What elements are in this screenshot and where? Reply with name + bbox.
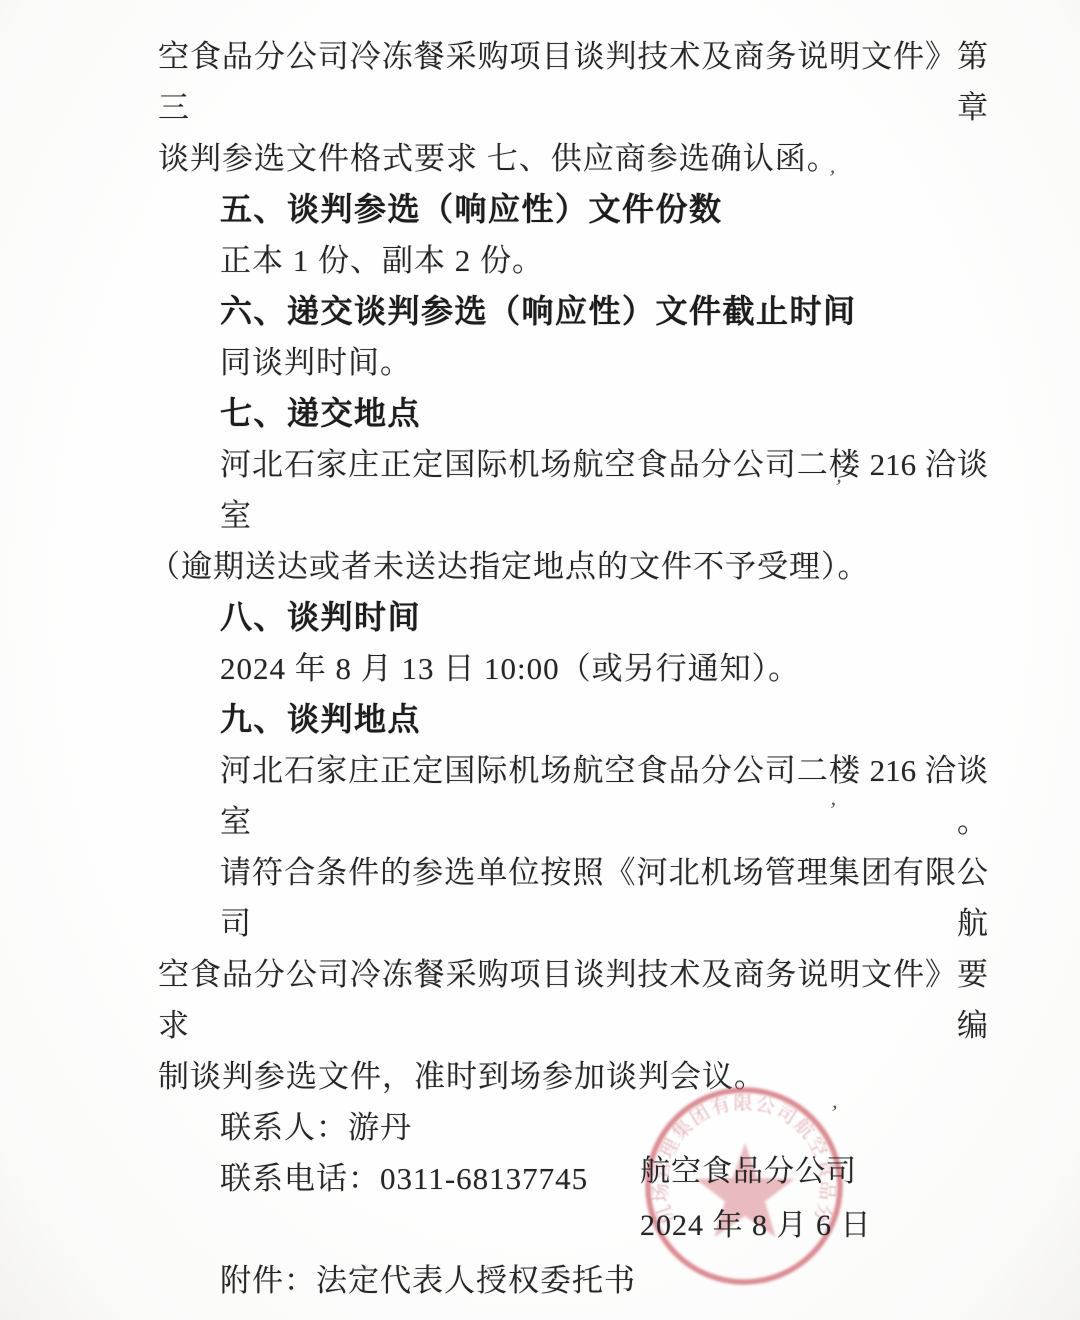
signature-company: 航空食品分公司 — [640, 1152, 872, 1192]
text-line: 附件：法定代表人授权委托书 — [158, 1255, 988, 1306]
section-heading: 八、谈判时间 — [158, 592, 988, 643]
section-heading: 九、谈判地点 — [158, 694, 988, 745]
section-heading: 六、递交谈判参选（响应性）文件截止时间 — [158, 286, 988, 337]
text-line: 制谈判参选文件，准时到场参加谈判会议。 — [158, 1051, 988, 1102]
text-line: 同谈判时间。 — [158, 337, 988, 388]
text-line: 正本 1 份、副本 2 份。 — [158, 235, 988, 286]
document-page: 空食品分公司冷冻餐采购项目谈判技术及商务说明文件》第三章谈判参选文件格式要求 七… — [0, 0, 1080, 1320]
text-line: 2024 年 8 月 13 日 10:00（或另行通知）。 — [158, 643, 988, 694]
text-line: 空食品分公司冷冻餐采购项目谈判技术及商务说明文件》要求编 — [158, 949, 988, 1051]
text-line: 空食品分公司冷冻餐采购项目谈判技术及商务说明文件》第三章 — [158, 31, 988, 133]
text-line: （逾期送达或者未送达指定地点的文件不予受理）。 — [149, 541, 988, 592]
document-lines: 空食品分公司冷冻餐采购项目谈判技术及商务说明文件》第三章谈判参选文件格式要求 七… — [158, 31, 988, 1306]
text-line: 请符合条件的参选单位按照《河北机场管理集团有限公司航 — [158, 847, 988, 949]
text-line: 谈判参选文件格式要求 七、供应商参选确认函。 — [158, 133, 988, 184]
text-line: 联系人：游丹 — [158, 1102, 988, 1153]
signature-date: 2024 年 8 月 6 日 — [640, 1206, 872, 1246]
text-line: 河北石家庄正定国际机场航空食品分公司二楼 216 洽谈室。 — [158, 745, 988, 847]
section-heading: 七、递交地点 — [158, 388, 988, 439]
section-heading: 五、谈判参选（响应性）文件份数 — [158, 184, 988, 235]
signature-block: 航空食品分公司 2024 年 8 月 6 日 — [640, 1152, 872, 1246]
text-line: 河北石家庄正定国际机场航空食品分公司二楼 216 洽谈室 — [158, 439, 988, 541]
